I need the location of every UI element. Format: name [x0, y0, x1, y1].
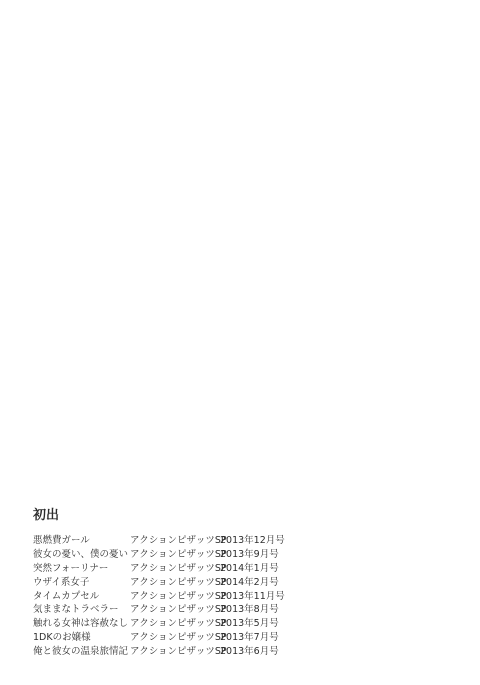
issue-date: 2014年2月号: [220, 576, 279, 590]
story-title: 触れる女神は容赦なし: [33, 617, 130, 631]
issue-date: 2014年1月号: [220, 562, 279, 576]
publication-list: 悪燃費ガール アクションピザッツSP 2013年12月号 彼女の憂い、僕の憂い …: [33, 534, 460, 659]
first-publication-section: 初出 悪燃費ガール アクションピザッツSP 2013年12月号 彼女の憂い、僕の…: [33, 509, 460, 659]
magazine-name: アクションピザッツSP: [130, 562, 220, 576]
magazine-name: アクションピザッツSP: [130, 603, 220, 617]
story-title: タイムカプセル: [33, 590, 130, 604]
story-title: 彼女の憂い、僕の憂い: [33, 548, 130, 562]
magazine-name: アクションピザッツSP: [130, 590, 220, 604]
issue-date: 2013年7月号: [220, 631, 279, 645]
issue-date: 2013年9月号: [220, 548, 279, 562]
magazine-name: アクションピザッツSP: [130, 645, 220, 659]
issue-date: 2013年6月号: [220, 645, 279, 659]
magazine-name: アクションピザッツSP: [130, 534, 220, 548]
issue-date: 2013年12月号: [220, 534, 285, 548]
issue-date: 2013年8月号: [220, 603, 279, 617]
magazine-name: アクションピザッツSP: [130, 631, 220, 645]
publication-row: タイムカプセル アクションピザッツSP 2013年11月号: [33, 590, 460, 604]
section-heading: 初出: [33, 509, 460, 523]
story-title: ウザイ系女子: [33, 576, 130, 590]
issue-date: 2013年11月号: [220, 590, 285, 604]
story-title: 突然フォーリナー: [33, 562, 130, 576]
publication-row: 触れる女神は容赦なし アクションピザッツSP 2013年5月号: [33, 617, 460, 631]
publication-row: 突然フォーリナー アクションピザッツSP 2014年1月号: [33, 562, 460, 576]
publication-row: 悪燃費ガール アクションピザッツSP 2013年12月号: [33, 534, 460, 548]
story-title: 悪燃費ガール: [33, 534, 130, 548]
magazine-name: アクションピザッツSP: [130, 576, 220, 590]
story-title: 1DKのお嬢様: [33, 631, 130, 645]
publication-row: 彼女の憂い、僕の憂い アクションピザッツSP 2013年9月号: [33, 548, 460, 562]
publication-row: 1DKのお嬢様 アクションピザッツSP 2013年7月号: [33, 631, 460, 645]
publication-row: ウザイ系女子 アクションピザッツSP 2014年2月号: [33, 576, 460, 590]
magazine-name: アクションピザッツSP: [130, 548, 220, 562]
publication-row: 俺と彼女の温泉旅情記 アクションピザッツSP 2013年6月号: [33, 645, 460, 659]
book-page: 初出 悪燃費ガール アクションピザッツSP 2013年12月号 彼女の憂い、僕の…: [0, 0, 480, 685]
story-title: 気ままなトラベラー: [33, 603, 130, 617]
issue-date: 2013年5月号: [220, 617, 279, 631]
story-title: 俺と彼女の温泉旅情記: [33, 645, 130, 659]
publication-row: 気ままなトラベラー アクションピザッツSP 2013年8月号: [33, 603, 460, 617]
magazine-name: アクションピザッツSP: [130, 617, 220, 631]
